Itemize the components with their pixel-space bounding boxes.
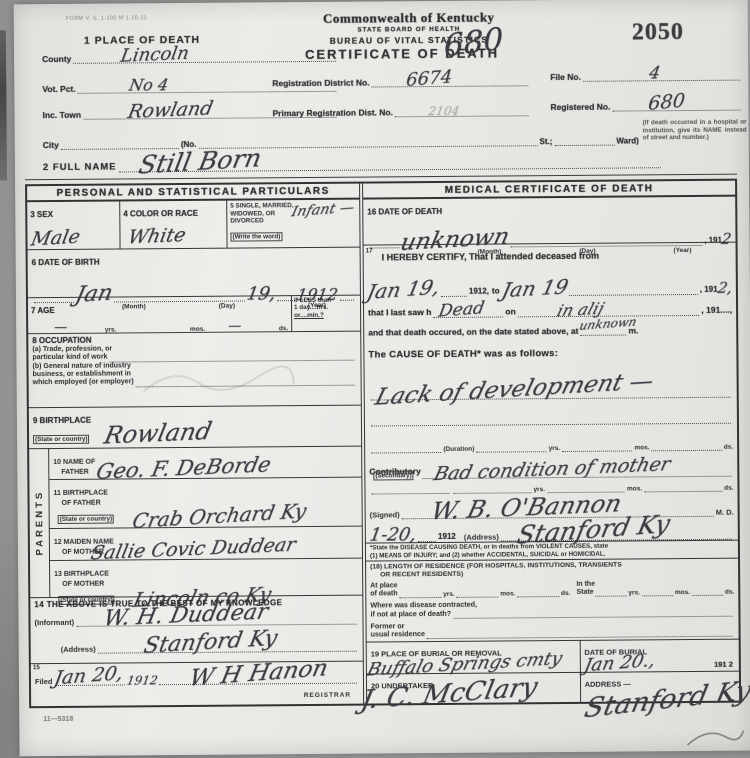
certify-to-word: to [492,287,500,297]
form-code-bottom: 11—5318 [43,716,73,723]
dotted-line [441,293,467,297]
state-res-mos: mos. [675,589,690,596]
res-yrs: yrs. [443,591,455,598]
md-label: M. D. [716,508,734,517]
file-no-label: File No. [550,72,581,82]
parents-vertical-label: PARENTS [29,449,50,597]
filed-date-value: Jan 20, [52,662,124,689]
dotted-line [457,594,499,598]
dotted-line [569,291,698,296]
signed-year: 1912 [438,532,456,542]
occupation-b-line3: which employed (or employer) [33,379,134,388]
attended-to-year: , 191 [700,285,718,295]
age-ds-dash: — [227,318,243,333]
precinct-value: No 4 [128,75,170,94]
dotted-line [692,592,723,596]
dotted-line [562,448,632,453]
filed-label: Filed [35,677,53,686]
age-label: 7 AGE [31,306,55,315]
personal-particulars-column: PERSONAL AND STATISTICAL PARTICULARS 3 S… [27,184,367,707]
birthplace-label: 9 BIRTHPLACE [33,415,91,424]
date-of-burial-year: 191 2 [714,659,733,669]
dotted-line [371,490,449,495]
sex-value: Male [29,225,82,250]
footnote-line2: (1) MEANS OF INJURY; and (2) whether ACC… [370,550,734,560]
dotted-line [517,593,559,597]
birthplace-hint: (State or country) [33,434,90,443]
father-name-label: 10 NAME OF [53,458,95,465]
city-label: City [43,140,59,150]
precinct-label: Vot. Pct. [42,84,75,94]
scanned-death-certificate: { "page": { "form_code_top": "FORM V. S.… [0,0,750,758]
signed-label: (Signed) [370,511,400,520]
informant-address-value: Stanford Ky [141,625,279,658]
former-residence-line2: usual residence [371,630,425,639]
cause-of-death-label: The CAUSE OF DEATH* was as follows: [368,348,558,360]
signed-date: 1-20, [368,525,418,546]
state-res-ds: ds. [725,589,734,596]
hospital-note: (If death occurred in a hospital or inst… [643,119,747,142]
dotted-line [400,594,442,598]
file-no-value: 4 [647,63,661,83]
inc-town-label: Inc. Town [42,110,81,120]
dotted-line [644,488,722,493]
stray-pen-flourish [685,725,745,751]
res-ds: ds. [561,590,570,597]
cause-of-death-value: Lack of development — [372,368,656,411]
registered-no-value: 680 [647,90,685,115]
registered-no-label: Registered No. [550,102,610,112]
certificate-body: PERSONAL AND STATISTICAL PARTICULARS 3 S… [25,179,741,709]
undertaker-address-label: ADDRESS — [585,679,631,688]
father-birthplace-label: 11 BIRTHPLACE [53,490,108,497]
registrar-label: REGISTRAR [304,692,351,699]
attended-to-date: Jan 19 [499,274,570,302]
last-saw-handwritten: Dead [437,298,486,321]
dotted-line [371,420,731,427]
certify-statement: I HEREBY CERTIFY, That I attended deceas… [382,251,599,263]
filed-year-value: 1912 [125,673,158,687]
county-label: County [42,54,71,64]
last-saw-text: that I last saw h [368,307,431,318]
dotted-line [418,538,436,542]
inc-town-value: Rowland [126,97,215,123]
informant-address-label: (Address) [61,644,96,653]
handwritten-680-over-title: 680 [443,21,503,64]
dotted-line [427,633,733,639]
residence-label-line2: OR RECENT RESIDENTS) [380,569,734,580]
race-label: 4 COLOR OR RACE [123,209,198,219]
in-state-line2: State [576,589,593,598]
state-res-yrs: yrs. [628,590,640,597]
dotted-line [652,447,722,452]
date-of-birth-label: 6 DATE OF BIRTH [32,257,100,267]
primary-registration-label: Primary Registration Dist. No. [272,107,393,118]
registration-district-value: 6674 [405,66,452,91]
county-value: Lincoln [119,43,191,67]
city-st-label: St.; [539,137,552,146]
sex-label: 3 SEX [30,210,53,219]
age-ds-label: ds. [279,325,288,332]
race-value: White [126,224,188,248]
date-of-death-label: 16 DATE OF DEATH [367,207,442,217]
father-birthplace-hint: (State or country) [58,515,115,524]
registration-district-label: Registration District No. [272,78,369,89]
last-saw-on-word: on [505,306,515,317]
dotted-line [453,612,732,618]
dotted-line [596,593,627,597]
full-name-label: 2 FULL NAME [43,162,117,174]
marital-hint: (Write the word) [230,232,282,241]
birthplace-value: Rowland [102,416,214,449]
death-occurred-text: and that death occured, on the date stat… [368,326,578,338]
filed-section-number: 15 [33,664,40,672]
certificate-page: FORM V. S. 1-100 M 1-10-11 1 PLACE OF DE… [14,0,750,756]
ink-showthrough-mark [138,360,298,401]
signed-address-label: (Address) [464,533,499,542]
dotted-line [554,142,614,146]
attended-to-year-hw: 2, [716,279,733,297]
serial-number-stamp: 2050 [632,19,684,46]
dotted-line [476,449,546,454]
attended-from-year: 1912, [469,287,489,297]
certify-section-number: 17 [366,248,373,256]
form-code-top: FORM V. S. 1-100 M 1-10-11 [66,15,147,22]
full-name-value: Still Born [137,143,264,179]
informant-label: (Informant) [34,617,74,626]
dotted-line [371,449,441,454]
dotted-line [642,593,673,597]
age-less-line3: or....min.? [294,311,358,319]
contributory-hint: (Secondary) [373,471,413,481]
undertaker-value: J. C. McClary [358,672,540,715]
mother-birthplace-label: 13 BIRTHPLACE [54,570,109,577]
scan-edge-artifact [0,30,7,180]
at-place-line2: of death [370,590,397,599]
primary-registration-value: 2104 [427,104,460,118]
attended-from-date: Jan 19, [365,275,442,305]
res-mos: mos. [500,591,515,598]
contracted-line2: if not at place of death? [370,610,451,619]
age-yrs-dash: — [53,320,69,335]
last-saw-year: , 191...., [701,305,732,316]
city-ward-label: Ward) [616,136,638,145]
medical-certificate-column: MEDICAL CERTIFICATE OF DEATH 16 DATE OF … [363,181,739,704]
